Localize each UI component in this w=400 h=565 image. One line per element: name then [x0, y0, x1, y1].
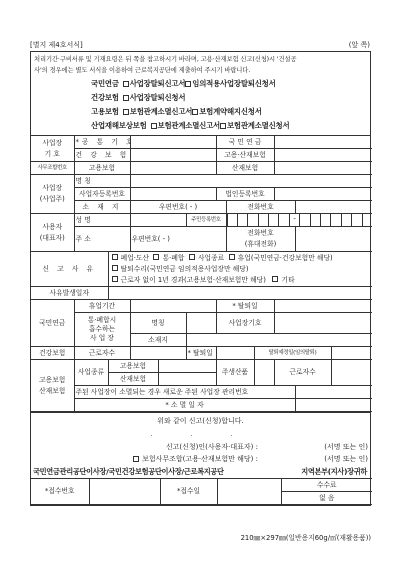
checkbox[interactable] [112, 254, 118, 260]
insurance-label: 산업재해보상보험 [91, 119, 147, 133]
labor-industrial-field[interactable] [274, 162, 372, 175]
checkbox[interactable] [272, 276, 278, 282]
workplace-code-label: 사업장기 호 [31, 136, 74, 162]
type-row-health: 건강보험사업장탈퇴신청서 [91, 91, 367, 105]
merger-address-label: 소재지 [130, 334, 186, 347]
checkbox[interactable] [229, 254, 235, 260]
option-label: 사업장탈퇴신청서 [130, 93, 186, 102]
type-row-pension: 국민연금사업장탈퇴신고서임의적용사업장탈퇴신청서 [91, 77, 367, 91]
biz-type-employment-field[interactable] [158, 360, 216, 373]
suspension-field[interactable] [130, 300, 216, 313]
biz-type-industrial-field[interactable] [158, 373, 216, 386]
biz-type-label: 사업종류 [74, 360, 108, 386]
pension-code-field[interactable] [274, 136, 372, 149]
checkbox[interactable] [189, 254, 195, 260]
health-planned-field[interactable] [331, 347, 372, 360]
checkbox[interactable] [185, 81, 191, 87]
rrn-label: 주민등록번호 [186, 214, 226, 227]
labor-employment-label: 고용보험 [74, 162, 130, 175]
notice-line-1: 처리기간·구비서류 및 기재요령은 뒤 쪽을 참고하시기 바라며, 고용·산재보… [34, 54, 367, 65]
paper-spec: 210㎜×297㎜(일반용지60g/㎡(재활용품)) [241, 532, 371, 542]
agent-seal[interactable]: (서명 또는 인) [324, 453, 368, 465]
employ-industrial-code-field[interactable] [274, 149, 372, 162]
option-label: 임의적용사업장탈퇴신청서 [192, 79, 275, 88]
option-label: 보험관계소멸신고서 [158, 121, 220, 130]
health-code-field[interactable] [130, 149, 216, 162]
main-site-label: 주된 사업장이 소멸되는 경우 새로운 주된 사업장 관리번호 [74, 386, 295, 399]
fee-label: 수수료 [281, 479, 372, 492]
main-site-field[interactable] [295, 386, 372, 399]
labor-employment-field[interactable] [130, 162, 216, 175]
form-header: [별지 제4호서식] (앞 쪽) [30, 40, 370, 50]
applicant-label: 신고(신청)인(사용자·대표자) : [166, 441, 258, 453]
biz-type-industrial-label: 산재보험 [108, 373, 158, 386]
extinct-date-field[interactable] [295, 399, 372, 412]
notice-line-2: 사'의 경우에는 별도 서식을 이용하여 근로복지공단에 제출하여 주시기 바랍… [34, 65, 367, 76]
workplace-name-field[interactable] [130, 175, 372, 188]
checkbox[interactable] [153, 254, 159, 260]
agency-branch: 지역본부(지사)장귀하 [301, 465, 367, 478]
merger-name-label: 명칭 [130, 313, 186, 334]
merger-address-field[interactable] [186, 334, 372, 347]
pension-code-label: 국 민 연 금 [216, 136, 274, 149]
employer-postal-field[interactable]: 우편번호( - ) [130, 227, 226, 252]
agent-label: 보험사무조합(고용·산재보험만 해당) : [133, 453, 258, 465]
biz-reg-label: 사업자등록번호 [74, 188, 130, 201]
agency-names: 국민연금관리공단이사장/국민건강보험공단이사장/근로복지공단 [33, 465, 224, 478]
merger-code-label: 사업장기호 [216, 313, 274, 334]
receipt-date-label: *접수일 [160, 479, 217, 505]
option-label: 보험관계소멸신고서 [130, 107, 192, 116]
checkbox[interactable] [123, 81, 129, 87]
insurance-label: 건강보험 [91, 91, 119, 105]
suspension-label: 휴업기간 [74, 300, 130, 313]
occur-date-field[interactable] [108, 287, 372, 300]
declaration-section: 위와 같이 신고(신청)합니다. . . . 신고(신청)인(사용자·대표자) … [31, 412, 370, 478]
insurance-label: 고용보험 [91, 105, 119, 119]
biz-reg-field[interactable] [130, 188, 216, 201]
employer-name-field[interactable] [130, 214, 186, 227]
main-form-table: 사업장기 호 *공 통 기 호 국 민 연 금 건 강 보 험 고용·산재보험 … [31, 136, 372, 412]
date-field[interactable]: . . . [31, 427, 370, 441]
option-label: 보험계약해지신청서 [199, 107, 261, 116]
occur-date-label: 사유발생일자 [31, 287, 108, 300]
receipt-number-label: *접수번호 [31, 479, 89, 505]
reason-label: 신 고 사 유 [31, 252, 108, 287]
fee-value: 없 음 [281, 492, 372, 505]
pension-section-label: 국민연금 [31, 300, 74, 347]
page-side: (앞 쪽) [349, 40, 370, 50]
common-code-label: *공 통 기 호 [74, 136, 130, 149]
form-number: [별지 제4호서식] [30, 40, 83, 50]
employment-section-label: 고용보험산재보험 [31, 360, 74, 412]
option-label: 보험관계소멸신청서 [227, 121, 289, 130]
checkbox[interactable] [112, 276, 118, 282]
employer-phone-field[interactable] [295, 227, 372, 252]
checkbox[interactable] [220, 123, 226, 129]
pension-withdraw-field[interactable] [274, 300, 372, 313]
pension-withdraw-label: * 탈퇴일 [216, 300, 274, 313]
health-code-label: 건 강 보 험 [74, 149, 130, 162]
type-row-employment: 고용보험보험관계소멸신고서보험계약해지신청서 [91, 105, 367, 119]
employer-address-label: 주 소 [74, 227, 130, 252]
health-workers-label: 근로자수 [74, 347, 130, 360]
merger-name-field[interactable] [186, 313, 216, 334]
emp-workers-field[interactable] [331, 360, 372, 386]
employer-phone-label: 전화번호(휴대전화) [226, 227, 295, 252]
checkbox[interactable] [123, 95, 129, 101]
corp-reg-field[interactable] [274, 188, 372, 201]
labor-industrial-label: 산재보험 [216, 162, 274, 175]
employer-label: 사용자(대표자) [31, 214, 74, 252]
reason-options: 폐업·도산 통·폐합 사업종료 휴업(국민연금·건강보험만 해당) 탈퇴수리(국… [108, 252, 372, 287]
workplace-phone-field[interactable] [295, 201, 372, 214]
notice-section: 처리기간·구비서류 및 기재요령은 뒤 쪽을 참고하시기 바라며, 고용·산재보… [31, 52, 370, 136]
applicant-seal[interactable]: (서명 또는 인) [324, 441, 368, 453]
rrn-field[interactable]: - [226, 214, 372, 227]
form-frame: 처리기간·구비서류 및 기재요령은 뒤 쪽을 참고하시기 바라며, 고용·산재보… [30, 51, 371, 506]
workplace-label: 사업장(사업주) [31, 175, 74, 214]
health-withdraw-label: * 탈퇴일 [186, 347, 216, 360]
product-field[interactable] [254, 360, 274, 386]
biz-type-employment-label: 고용보험 [108, 360, 158, 373]
checkbox[interactable] [112, 265, 118, 271]
labor-office-label: 사무조합번호 [31, 162, 74, 175]
checkbox[interactable] [192, 109, 198, 115]
health-planned-label: 탈퇴예정일(임의탈퇴) [254, 347, 331, 360]
workplace-name-label: 명 칭 [74, 175, 130, 188]
common-code-field[interactable] [130, 136, 216, 149]
workplace-phone-label: 전화번호 [226, 201, 295, 214]
workplace-address-label: 소 재 지 [74, 201, 130, 214]
product-label: 주생산품 [216, 360, 254, 386]
applicant-row: 신고(신청)인(사용자·대표자) : (서명 또는 인) [31, 441, 370, 453]
recipient-agency: 국민연금관리공단이사장/국민건강보험공단이사장/근로복지공단 지역본부(지사)장… [31, 465, 370, 478]
checkbox[interactable] [123, 109, 129, 115]
receipt-table: *접수번호 *접수일 수수료 없 음 [31, 478, 372, 505]
employ-industrial-code-label: 고용·산재보험 [216, 149, 274, 162]
health-section-label: 건강보험 [31, 347, 74, 360]
corp-reg-label: 법인등록번호 [216, 188, 274, 201]
health-workers-field[interactable] [130, 347, 186, 360]
form-type-selection: 국민연금사업장탈퇴신고서임의적용사업장탈퇴신청서 건강보험사업장탈퇴신청서 고용… [34, 76, 367, 133]
option-label: 사업장탈퇴신고서 [130, 79, 186, 88]
declaration-text: 위와 같이 신고(신청)합니다. [31, 415, 370, 427]
merger-label: 통·폐합시흡수하는사 업 장 [74, 313, 130, 347]
insurance-label: 국민연금 [91, 77, 119, 91]
checkbox[interactable] [151, 123, 157, 129]
workplace-postal-field[interactable]: 우편번호( - ) [130, 201, 226, 214]
merger-code-field[interactable] [274, 313, 372, 334]
agent-row: 보험사무조합(고용·산재보험만 해당) : (서명 또는 인) [31, 453, 370, 465]
extinct-date-label: * 소 멸 일 자 [74, 399, 295, 412]
type-row-industrial: 산업재해보상보험보험관계소멸신고서보험관계소멸신청서 [91, 119, 367, 133]
receipt-date-field[interactable] [217, 479, 281, 505]
health-withdraw-field[interactable] [216, 347, 254, 360]
emp-workers-label: 근로자수 [274, 360, 331, 386]
checkbox[interactable] [133, 456, 139, 462]
receipt-number-field[interactable] [89, 479, 160, 505]
employer-name-label: 성 명 [74, 214, 130, 227]
